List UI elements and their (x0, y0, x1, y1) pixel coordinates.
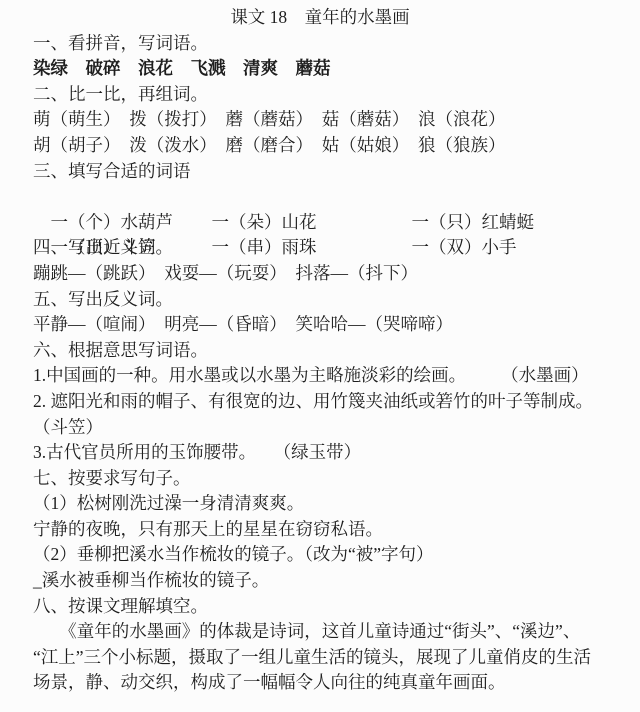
section6-item3: 3.古代官员所用的玉饰腰带。 （绿玉带） (33, 440, 632, 466)
section1-heading: 一、看拼音，写词语。 (33, 31, 632, 57)
section8-heading: 八、按课文理解填空。 (33, 594, 632, 620)
section7-answer1: 宁静的夜晚，只有那天上的星星在窃窃私语。 (33, 517, 632, 543)
measure-word-item: 一（朵）山花 (212, 210, 412, 236)
section2-row1: 萌（萌生） 拨（拨打） 蘑（蘑菇） 菇（蘑菇） 浪（浪花） (33, 107, 632, 133)
section1-word-list: 染绿 破碎 浪花 飞溅 清爽 蘑菇 (33, 56, 632, 82)
section7-heading: 七、按要求写句子。 (33, 466, 632, 492)
section5-heading: 五、写出反义词。 (33, 287, 632, 313)
measure-word-item: 一（串）雨珠 (212, 235, 412, 261)
measure-word-item: 一（双）小手 (412, 237, 517, 257)
section3-heading: 三、填写合适的词语 (33, 159, 632, 185)
section7-sentence1: （1）松树刚洗过澡一身清清爽爽。 (33, 491, 632, 517)
section8-paragraph-line3: 场景，静、动交织，构成了一幅幅令人向往的纯真童年画面。 (33, 670, 632, 696)
page-title: 课文 18 童年的水墨画 (0, 5, 640, 31)
section2-heading: 二、比一比，再组词。 (33, 82, 632, 108)
section3-row1: 一（个）水葫芦一（朵）山花一（只）红蜻蜓 (33, 184, 632, 210)
worksheet-page: 课文 18 童年的水墨画 一、看拼音，写词语。 染绿 破碎 浪花 飞溅 清爽 蘑… (0, 0, 640, 712)
section6-item1: 1.中国画的一种。用水墨或以水墨为主略施淡彩的绘画。 （水墨画） (33, 363, 632, 389)
section5-antonyms-row: 平静—（喧闹） 明亮—（昏暗） 笑哈哈—（哭啼啼） (33, 312, 632, 338)
section6-item2: 2. 遮阳光和雨的帽子、有很宽的边、用竹篾夹油纸或箬竹的叶子等制成。 (33, 389, 632, 415)
section8-paragraph-line2: “江上”三个小标题，摄取了一组儿童生活的镜头，展现了儿童俏皮的生活 (33, 645, 632, 671)
section6-heading: 六、根据意思写词语。 (33, 338, 632, 364)
measure-word-item: 一（只）红蜻蜓 (412, 212, 535, 232)
section7-answer2: _溪水被垂柳当作梳妆的镜子。 (33, 568, 632, 594)
measure-word-item: 一（个）水葫芦 (51, 210, 212, 236)
section7-sentence2: （2）垂柳把溪水当作梳妆的镜子。（改为“被”字句） (33, 542, 632, 568)
section6-item2-answer: （斗笠） (33, 415, 632, 441)
section8-paragraph-line1: 《童年的水墨画》的体裁是诗词，这首儿童诗通过“街头”、“溪边”、 (33, 619, 632, 645)
section4-synonyms-row: 蹦跳—（跳跃） 戏耍—（玩耍） 抖落—（抖下） (33, 261, 632, 287)
section2-row2: 胡（胡子） 泼（泼水） 磨（磨合） 姑（姑娘） 狼（狼族） (33, 133, 632, 159)
